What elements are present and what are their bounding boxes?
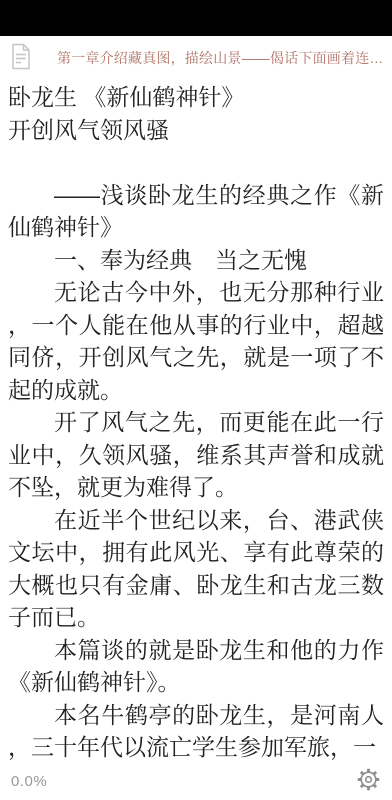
paragraph: 无论古今中外，也无分那种行业，一个人能在他从事的行业中，超越同侪，开创风气之先，…	[8, 276, 384, 406]
paragraph: ——浅谈卧龙生的经典之作《新仙鹤神针》	[8, 179, 384, 244]
paragraph: 在近半个世纪以来，台、港武侠文坛中，拥有此风光、享有此尊荣的大概也只有金庸、卧龙…	[8, 504, 384, 634]
paragraph: 本名牛鹤亭的卧龙生，是河南人，三十年代以流亡学生参加军旅，一	[8, 699, 384, 764]
status-bar	[0, 0, 392, 36]
reading-area[interactable]: 卧龙生 《新仙鹤神针》开创风气领风骚——浅谈卧龙生的经典之作《新仙鹤神针》一、奉…	[0, 80, 392, 764]
chapter-title: 第一章介绍藏真图，描绘山景——偈话下面画着连绵山...	[57, 48, 386, 68]
gear-icon	[356, 767, 381, 795]
paragraph: 一、奉为经典 当之无愧	[8, 244, 384, 277]
paragraph	[8, 146, 384, 179]
paragraph: 开了风气之先，而更能在此一行业中，久领风骚，维系其声誉和成就不坠，就更为难得了。	[8, 406, 384, 504]
reader-app-screen: 第一章介绍藏真图，描绘山景——偈话下面画着连绵山... 卧龙生 《新仙鹤神针》开…	[0, 0, 392, 800]
reader-footer: 0.0%	[0, 764, 392, 800]
paragraph: 本篇谈的就是卧龙生和他的力作《新仙鹤神针》。	[8, 634, 384, 699]
table-of-contents-button[interactable]	[10, 41, 40, 75]
document-icon	[10, 43, 32, 73]
reader-header: 第一章介绍藏真图，描绘山景——偈话下面画着连绵山...	[0, 36, 392, 80]
paragraph: 卧龙生 《新仙鹤神针》	[8, 81, 384, 114]
paragraph: 开创风气领风骚	[8, 114, 384, 147]
settings-button[interactable]	[354, 767, 382, 795]
reading-progress: 0.0%	[11, 773, 47, 790]
